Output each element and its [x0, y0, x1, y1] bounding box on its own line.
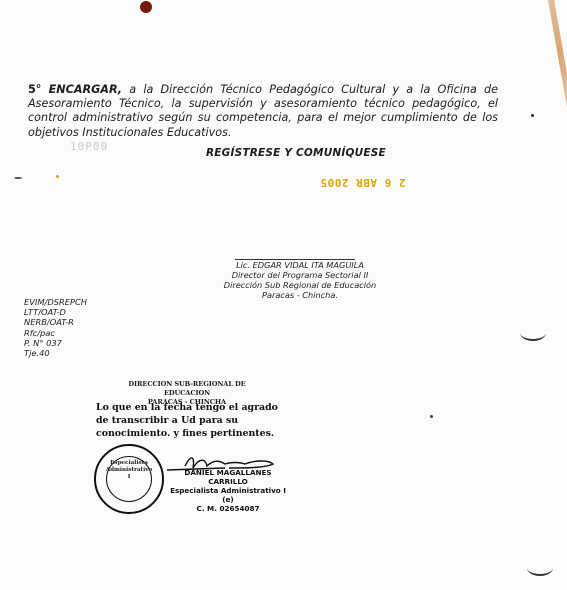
speck	[14, 177, 22, 179]
ref-line: Tje.40	[24, 348, 87, 358]
paragraph-5: 5° ENCARGAR, a la Dirección Técnico Peda…	[28, 83, 498, 140]
ref-line: LTT/OAT-D	[24, 307, 87, 317]
speck	[56, 175, 59, 178]
date-stamp: 2 6 ABR 2005	[320, 176, 405, 189]
official-seal: Especialista Administrativo I	[94, 444, 164, 514]
signatory-block: Lic. EDGAR VIDAL ITA MAGUILA Director de…	[220, 260, 380, 300]
faded-stamp: 10P00	[70, 140, 108, 153]
signatory-title: Director del Programa Sectorial II	[220, 270, 380, 280]
paper-edge-stain	[548, 0, 567, 128]
ref-line: NERB/OAT-R	[24, 317, 87, 327]
seal-text: Especialista Administrativo I	[96, 460, 162, 481]
speck	[531, 114, 534, 117]
paragraph-keyword: ENCARGAR,	[49, 83, 122, 96]
speck	[430, 415, 433, 418]
official-signature-block: DANIEL MAGALLANES CARRILLO Especialista …	[168, 468, 288, 513]
ref-line: P. N° 037	[24, 338, 87, 348]
official-id: C. M. 02654087	[168, 504, 288, 513]
paragraph-number: 5°	[28, 83, 41, 96]
reference-codes: EVIM/DSREPCH LTT/OAT-D NERB/OAT-R Rfc/pa…	[24, 297, 87, 358]
closing-formula: REGÍSTRESE Y COMUNÍQUESE	[206, 147, 386, 159]
official-name: DANIEL MAGALLANES CARRILLO	[168, 468, 288, 486]
punch-hole-mark	[520, 325, 546, 341]
signatory-office: Dirección Sub Regional de Educación	[220, 280, 380, 290]
seal-line: Especialista	[96, 460, 162, 467]
stamp-header-line: DIRECCION SUB-REGIONAL DE EDUCACION	[112, 380, 262, 398]
seal-line: Administrativo	[96, 467, 162, 474]
transcription-stamp-body: Lo que en la fecha tengo el agrado de tr…	[96, 401, 286, 440]
ink-spot	[140, 1, 152, 13]
signatory-location: Paracas - Chincha.	[220, 290, 380, 300]
ref-line: EVIM/DSREPCH	[24, 297, 87, 307]
signatory-name: Lic. EDGAR VIDAL ITA MAGUILA	[220, 260, 380, 270]
ref-line: Rfc/pac	[24, 328, 87, 338]
punch-hole-mark	[527, 560, 553, 576]
seal-line: I	[96, 474, 162, 481]
official-title: Especialista Administrativo I (e)	[168, 486, 288, 504]
